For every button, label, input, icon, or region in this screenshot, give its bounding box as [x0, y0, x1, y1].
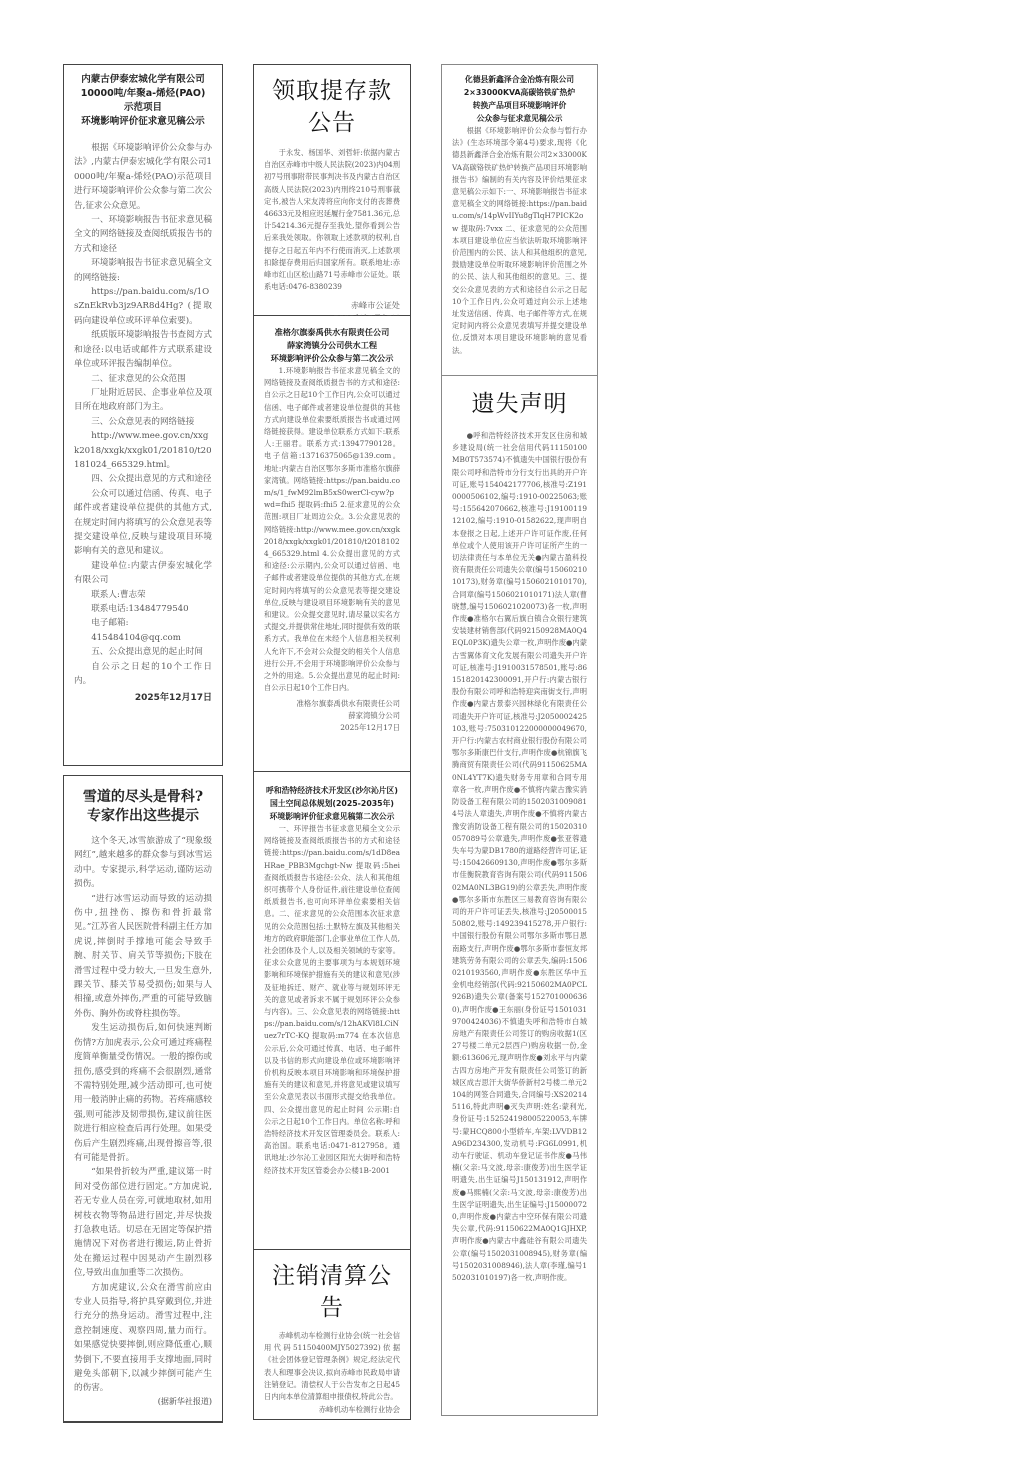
notice-title: 内蒙古伊泰宏城化学有限公司 10000吨/年聚a-烯烃(PAO) 示范项目 环境…	[74, 73, 212, 129]
notice-title: 注销清算公告	[264, 1260, 400, 1324]
notice-water-supply: 准格尔旗泰禹供水有限责任公司 薛家湾镇分公司供水工程 环境影响评价公众参与第二次…	[253, 316, 411, 772]
notice-alloy-project: 化德县新鑫泽合金冶炼有限公司 2×33000KVA高碳铬铁矿热炉 转换产品项目环…	[441, 64, 598, 376]
signature: 赤峰机动车检测行业协会	[264, 1403, 400, 1416]
title-line: 国土空间总体规划(2025-2035年)	[264, 797, 400, 810]
title-line: 转换产品项目环境影响评价	[452, 99, 587, 112]
paragraph: 电子邮箱:	[74, 616, 212, 630]
title-line: 内蒙古伊泰宏城化学有限公司	[74, 73, 212, 87]
paragraph: 纸质版环境影响报告书查阅方式和途径:以电话或邮件方式联系建设单位或环评报告编制单…	[74, 328, 212, 371]
paragraph: 联系人:曹志荣	[74, 588, 212, 602]
notice-date: 2025年12月17日	[74, 690, 212, 703]
title-line: 环境影响评价征求意见稿公示	[74, 115, 212, 129]
title-line: 2×33000KVA高碳铬铁矿热炉	[452, 86, 587, 99]
notice-title: 领取提存款公告	[264, 75, 400, 139]
title-line: 准格尔旗泰禹供水有限责任公司	[264, 326, 400, 339]
paragraph: “进行冰雪运动而导致的运动损伤中,扭挫伤、擦伤和骨折最常见。”江苏省人民医院骨科…	[74, 892, 212, 1022]
paragraph: 发生运动损伤后,如何快速判断伤情?方加虎表示,公众可通过疼痛程度简单衡量受伤情况…	[74, 1021, 212, 1165]
title-line: 化德县新鑫泽合金冶炼有限公司	[452, 73, 587, 86]
title-line: 雪道的尽头是骨科?	[74, 788, 212, 807]
signature-date: 2025年12月17日	[264, 722, 400, 734]
article-title: 雪道的尽头是骨科? 专家作出这些提示	[74, 788, 212, 826]
paragraph: 自公示之日起的10个工作日内。	[74, 660, 212, 689]
title-line: 环境影响评价公众参与第二次公示	[264, 352, 400, 365]
paragraph: 二、征求意见的公众范围	[74, 372, 212, 386]
paragraph: 一、环境影响报告书征求意见稿全文的网络链接及查阅纸质报告书的方式和途径	[74, 213, 212, 256]
notice-title: 准格尔旗泰禹供水有限责任公司 薛家湾镇分公司供水工程 环境影响评价公众参与第二次…	[264, 326, 400, 365]
paragraph: 根据《环境影响评价公众参与暂行办法》(生态环境部令第4号)要求,现将《化德县新鑫…	[452, 125, 587, 357]
title-line: 环境影响评价征求意见稿第二次公示	[264, 810, 400, 823]
paragraph: 联系电话:13484779540	[74, 602, 212, 616]
notice-title: 化德县新鑫泽合金冶炼有限公司 2×33000KVA高碳铬铁矿热炉 转换产品项目环…	[452, 73, 587, 125]
signature: 准格尔旗泰禹供水有限责任公司	[264, 698, 400, 710]
notice-lost-declarations: 遗失声明 ●呼和浩特经济技术开发区住房和城乡建设局(统一社会信用代码111501…	[441, 376, 598, 1416]
title-line: 示范项目	[74, 101, 212, 115]
paragraph: 这个冬天,冰雪旅游成了“现象级网红”,越来越多的群众参与到冰雪运动中。专家提示,…	[74, 834, 212, 892]
paragraph: 1.环境影响报告书征求意见稿全文的网络链接及查阅纸质报告书的方式和途径:自公示之…	[264, 365, 400, 694]
article-credit: (据新华社报道)	[158, 1396, 212, 1407]
paragraph: 三、公众意见表的网络链接	[74, 415, 212, 429]
signature: 赤峰市公证处	[264, 299, 400, 312]
notice-land-planning: 呼和浩特经济技术开发区(沙尔沁片区) 国土空间总体规划(2025-2035年) …	[253, 772, 411, 1250]
paragraph: 一、环评报告书征求意见稿全文公示网络链接及查阅纸质报告书的方式和途径 链接:ht…	[264, 823, 400, 1177]
paragraph: 厂址附近居民、企事业单位及项目所在地政府部门为主。	[74, 386, 212, 415]
title-line: 专家作出这些提示	[74, 807, 212, 826]
article-ski-injury: 雪道的尽头是骨科? 专家作出这些提示 这个冬天,冰雪旅游成了“现象级网红”,越来…	[63, 775, 223, 1423]
paragraph: 赤峰机动车检测行业协会(统一社会信用代码51150400MJY5027392)依…	[264, 1330, 400, 1403]
email-text: 415484104@qq.com	[74, 631, 212, 645]
notice-deposit-claim: 领取提存款公告 于永发、杨国华、刘哲轩:依据内蒙古自治区赤峰市中级人民法院(20…	[253, 64, 411, 316]
notice-title: 遗失声明	[452, 388, 587, 420]
title-line: 公众参与征求意见稿公示	[452, 112, 587, 125]
signature: 薛家湾镇分公司	[264, 710, 400, 722]
paragraph: 于永发、杨国华、刘哲轩:依据内蒙古自治区赤峰市中级人民法院(2023)内04刑初…	[264, 147, 400, 293]
title-line: 薛家湾镇分公司供水工程	[264, 339, 400, 352]
paragraph: 根据《环境影响评价公众参与办法》,内蒙古伊泰宏城化学有限公司10000吨/年聚a…	[74, 141, 212, 213]
link-text: https://pan.baidu.com/s/1OsZnEkRvb3jz9AR…	[74, 285, 212, 328]
paragraph: 四、公众提出意见的方式和途径	[74, 472, 212, 486]
paragraph: 方加虎建议,公众在滑雪前应由专业人员指导,将护具穿戴到位,并进行充分的热身运动。…	[74, 1281, 212, 1396]
title-line: 10000吨/年聚a-烯烃(PAO)	[74, 87, 212, 101]
paragraph: “如果骨折较为严重,建议第一时间对受伤部位进行固定。”方加虎说,若无专业人员在旁…	[74, 1165, 212, 1280]
paragraph: 公众可以通过信函、传真、电子邮件或者建设单位提供的其他方式,在规定时间内将填写的…	[74, 487, 212, 559]
paragraph: 环境影响报告书征求意见稿全文的网络链接:	[74, 256, 212, 285]
paragraph: ●呼和浩特经济技术开发区住房和城乡建设局(统一社会信用代码11150100MB0…	[452, 430, 587, 1284]
notice-liquidation: 注销清算公告 赤峰机动车检测行业协会(统一社会信用代码51150400MJY50…	[253, 1250, 411, 1420]
notice-title: 呼和浩特经济技术开发区(沙尔沁片区) 国土空间总体规划(2025-2035年) …	[264, 784, 400, 823]
paragraph: 建设单位:内蒙古伊泰宏城化学有限公司	[74, 559, 212, 588]
link-text: http://www.mee.gov.cn/xxgk2018/xxgk/xxgk…	[74, 429, 212, 472]
title-line: 呼和浩特经济技术开发区(沙尔沁片区)	[264, 784, 400, 797]
paragraph: 五、公众提出意见的起止时间	[74, 645, 212, 659]
notice-pao-project: 内蒙古伊泰宏城化学有限公司 10000吨/年聚a-烯烃(PAO) 示范项目 环境…	[63, 64, 223, 766]
